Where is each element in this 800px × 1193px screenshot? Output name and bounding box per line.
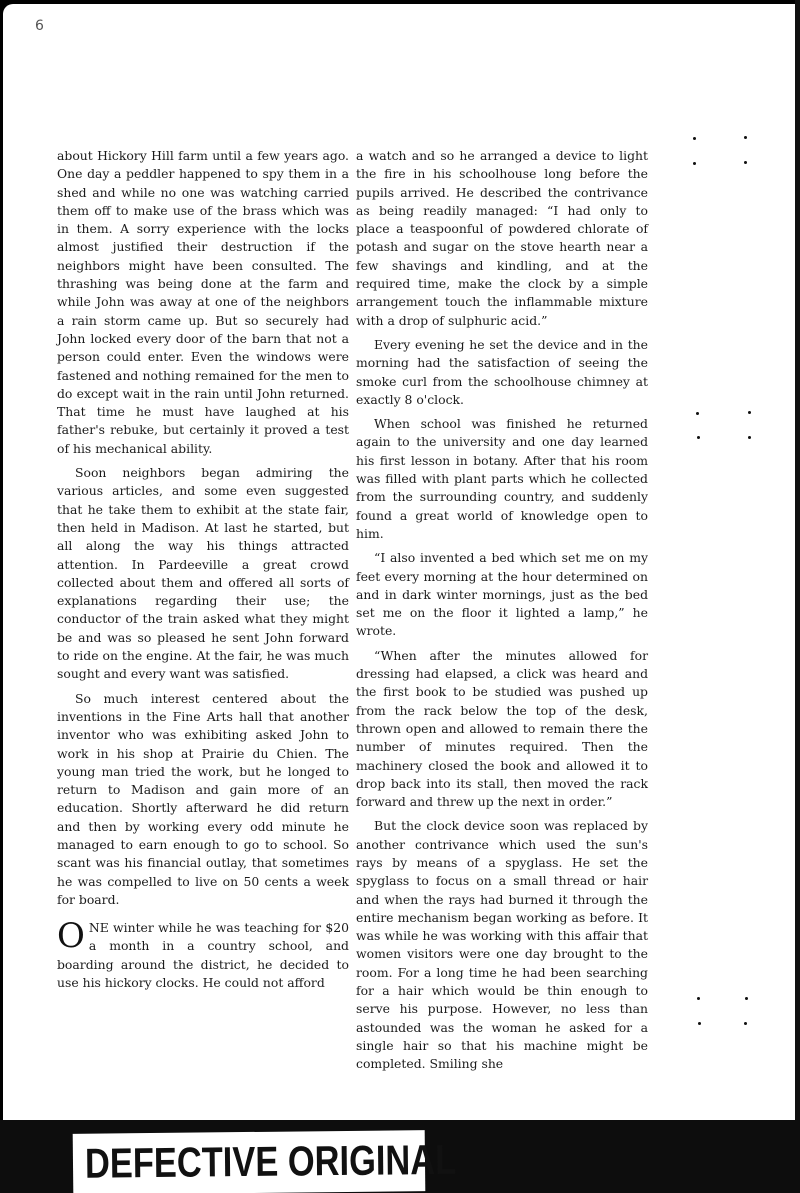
registration-dot — [748, 411, 751, 414]
registration-dot — [744, 1022, 747, 1025]
registration-dot — [698, 1022, 701, 1025]
stamp-label: DEFECTIVE ORIGINAL — [85, 1136, 457, 1188]
paragraph-with-dropcap: ONE winter while he was teaching for $20… — [57, 919, 349, 992]
registration-dot — [693, 137, 696, 140]
registration-dot — [748, 436, 751, 439]
paragraph: When school was finished he returned aga… — [356, 415, 648, 543]
paragraph: So much interest centered about the inve… — [57, 690, 349, 910]
registration-dot — [745, 997, 748, 1000]
registration-dot — [744, 136, 747, 139]
paragraph: Soon neighbors began admiring the variou… — [57, 464, 349, 684]
paragraph: But the clock device soon was replaced b… — [356, 817, 648, 1073]
registration-dot — [697, 436, 700, 439]
registration-dot — [744, 161, 747, 164]
dropcap: O — [57, 921, 85, 951]
paragraph: Every evening he set the device and in t… — [356, 336, 648, 409]
paragraph-text: NE winter while he was teaching for $20 … — [57, 920, 349, 990]
right-column: a watch and so he arranged a device to l… — [356, 147, 648, 1080]
left-column: about Hickory Hill farm until a few year… — [57, 147, 349, 998]
page-number: 6 — [35, 18, 44, 34]
paragraph: “I also invented a bed which set me on m… — [356, 549, 648, 640]
scan-edge — [795, 0, 800, 1193]
registration-dot — [693, 162, 696, 165]
registration-dot — [696, 412, 699, 415]
defective-original-stamp: DEFECTIVE ORIGINAL — [73, 1130, 426, 1193]
paragraph: about Hickory Hill farm until a few year… — [57, 147, 349, 458]
paragraph: a watch and so he arranged a device to l… — [356, 147, 648, 330]
paragraph: “When after the minutes allowed for dres… — [356, 647, 648, 812]
registration-dot — [697, 997, 700, 1000]
